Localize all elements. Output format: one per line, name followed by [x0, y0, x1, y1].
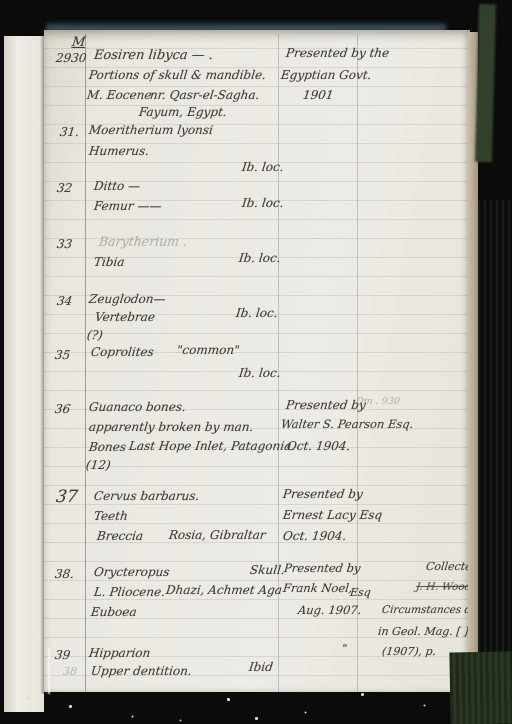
entry-31-number: 31.: [59, 126, 80, 138]
entry-38-donor2: Esq: [349, 587, 371, 598]
entry-2930-age: M. Eocene: [86, 89, 152, 101]
entry-39-number: 39: [54, 649, 71, 661]
entry-39-taxon: Hipparion: [88, 647, 151, 659]
entry-33-taxon-pencil: Barytherium .: [98, 236, 188, 249]
entry-37-presented: Presented by: [282, 488, 363, 500]
entry-39-loc: Ibid: [248, 661, 273, 673]
entry-39-desc: Upper dentition.: [90, 665, 192, 677]
entry-38-note3: (1907), p.: [381, 646, 436, 657]
entry-32-desc: Femur ——: [93, 200, 162, 212]
entry-36-desc2: Bones: [88, 441, 127, 453]
entry-38-donor: Frank Noel,: [282, 583, 353, 595]
entry-36-presented: Presented by: [285, 399, 366, 411]
entry-38-locality: Dhazi, Achmet Aga: [165, 584, 283, 596]
entry-36-donor: Walter S. Pearson Esq.: [280, 419, 414, 431]
entry-35-number: 35: [54, 349, 71, 361]
book-cover-bottom-right: [449, 651, 512, 724]
entry-32-taxon: Ditto —: [93, 180, 141, 192]
photo-scratch: [48, 648, 50, 694]
header-mark: M: [71, 36, 86, 49]
entry-32-loc: Ib. loc.: [241, 197, 284, 209]
entry-37-taxon: Cervus barbarus.: [93, 490, 200, 502]
entry-36-taxon: Guanaco bones.: [88, 401, 186, 413]
entry-39-pencil: 38: [62, 666, 77, 677]
entry-36-number: 36: [54, 403, 71, 415]
entry-37-matrix: Breccia: [96, 530, 144, 542]
entry-35-taxon: Coprolites: [90, 346, 154, 358]
entry-31-desc: Humerus.: [88, 145, 150, 157]
entry-34-desc: Vertebrae: [94, 311, 155, 323]
entry-2930-year: 1901: [302, 89, 334, 101]
entry-2930-number: 2930: [55, 52, 87, 64]
entry-37-donor: Ernest Lacy Esq: [282, 509, 383, 521]
entry-36-desc: apparently broken by man.: [88, 421, 254, 433]
entry-39-ditto: ": [341, 643, 347, 654]
entry-31-loc: Ib. loc.: [241, 161, 284, 173]
entry-36-pencil: Dm . 930: [355, 397, 400, 407]
entry-33-number: 33: [56, 238, 73, 250]
entry-2930-donor: Egyptian Govt.: [280, 69, 372, 81]
entry-2930-locality: nr. Qasr-el-Sagha.: [149, 89, 260, 101]
register-page: M2930Eosiren libyca — .Presented by theP…: [44, 30, 470, 692]
entry-35-loc: Ib. loc.: [238, 367, 281, 379]
entry-2930-locality2: Fayum, Egypt.: [138, 106, 227, 118]
facing-page-edge: [4, 36, 44, 712]
entry-34-query: (?): [86, 329, 103, 341]
entry-38-desc: Skull.: [249, 564, 285, 576]
dust-specks: [0, 0, 1, 1]
entry-2930-desc: Portions of skull & mandible.: [88, 69, 266, 81]
margin-column-rule: [85, 34, 86, 692]
entry-33-desc: Tibia: [93, 256, 125, 268]
entry-37-locality: Rosia, Gibraltar: [168, 529, 266, 541]
entry-34-taxon: Zeuglodon—: [88, 293, 166, 305]
entry-37-date: Oct. 1904.: [282, 530, 347, 542]
entry-2930-taxon: Eosiren libyca — .: [93, 49, 214, 62]
book-cover-top-right: [475, 4, 496, 162]
entry-37-desc: Teeth: [93, 510, 128, 522]
entry-38-note1: Circumstances described: [381, 605, 470, 616]
entry-38-note2: in Geol. Mag. [ ] vol.: [377, 626, 470, 637]
entry-32-number: 32: [56, 182, 73, 194]
entry-38-collected: Collected by: [425, 561, 470, 572]
entry-38-collector: J. H. Woodward: [415, 582, 470, 593]
entry-37-number: 37: [55, 489, 79, 506]
entry-38-locality2: Euboea: [90, 606, 137, 618]
entry-2930-presented: Presented by the: [285, 47, 390, 59]
register-photo: { "colors": { "background": "#0a0b0a", "…: [0, 0, 512, 724]
entry-38-taxon: Orycteropus: [93, 566, 170, 578]
entry-34-number: 34: [56, 295, 73, 307]
entry-36-locality: Last Hope Inlet, Patagonia.: [128, 440, 296, 452]
entry-38-presented: Presented by: [283, 563, 361, 575]
entry-33-loc: Ib. loc.: [238, 252, 281, 264]
entry-31-taxon: Moeritherium lyonsi: [88, 124, 213, 136]
entry-38-number: 38.: [54, 568, 75, 580]
book-cover-right-texture: [478, 200, 512, 724]
entry-38-date: Aug. 1907.: [297, 605, 362, 617]
entry-35-note: "common": [176, 344, 240, 356]
entry-34-loc: Ib. loc.: [235, 307, 278, 319]
entry-36-date: Oct. 1904.: [286, 440, 351, 452]
entry-38-age: L. Pliocene.: [93, 586, 166, 598]
entry-36-count: (12): [85, 459, 111, 471]
